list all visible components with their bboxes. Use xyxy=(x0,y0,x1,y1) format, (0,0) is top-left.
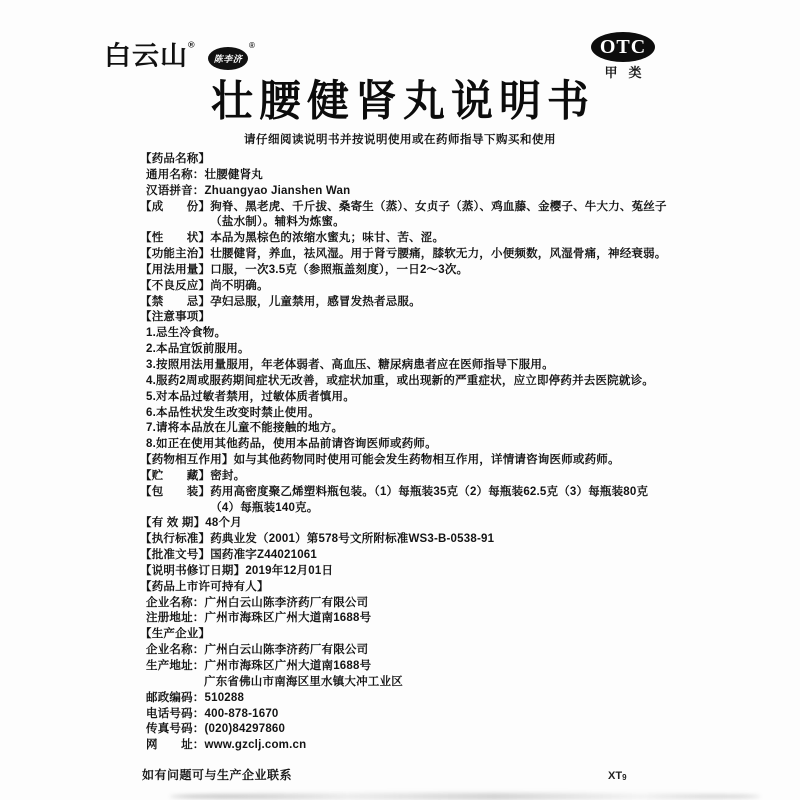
registered-trademark-icon: ® xyxy=(249,41,255,50)
section-label: 【执行标准】 xyxy=(140,532,210,548)
leaflet-line: 【有 效 期】48个月 xyxy=(140,516,672,532)
scan-artifact xyxy=(170,793,760,800)
section-label: 【说明书修订日期】 xyxy=(140,564,245,580)
leaflet-line: 【包 装】药用高密度聚乙烯塑料瓶包装。（1）每瓶装35克（2）每瓶装62.5克（… xyxy=(140,485,672,517)
section-text: 如与其他药物同时使用可能会发生药物相互作用，详情请咨询医师或药师。 xyxy=(234,453,672,469)
leaflet-line: 8.如正在使用其他药品，使用本品前请咨询医师或药师。 xyxy=(140,437,672,453)
section-text: 药典业发（2001）第578号文所附标准WS3-B-0538-91 xyxy=(210,532,672,548)
leaflet-line: 【药物相互作用】如与其他药物同时使用可能会发生药物相互作用，详情请咨询医师或药师… xyxy=(140,453,672,469)
otc-badge-text: OTC xyxy=(600,36,646,59)
section-label: 【不良反应】 xyxy=(140,279,210,295)
section-label: 【药品上市许可持有人】 xyxy=(140,580,269,596)
section-label: 【注意事项】 xyxy=(140,310,210,326)
registered-trademark-icon: ® xyxy=(188,40,196,50)
section-label: 【禁 忌】 xyxy=(140,295,210,311)
section-text: 本品为黑棕色的浓缩水蜜丸；味甘、苦、涩。 xyxy=(210,231,672,247)
page-title: 壮腰健肾丸说明书 xyxy=(0,67,800,128)
leaflet-line: 广东省佛山市南海区里水镇大冲工业区 xyxy=(140,675,672,691)
leaflet-line: 汉语拼音：Zhuangyao Jianshen Wan xyxy=(140,184,672,200)
leaflet-line: 4.服药2周或服药期间症状无改善，或症状加重，或出现新的严重症状，应立即停药并去… xyxy=(140,374,672,390)
leaflet-line: 生产地址：广州市海珠区广州大道南1688号 xyxy=(140,659,672,675)
section-text: 狗脊、黑老虎、千斤拔、桑寄生（蒸）、女贞子（蒸）、鸡血藤、金樱子、牛大力、菟丝子… xyxy=(210,200,672,232)
leaflet-line: 【药品名称】 xyxy=(140,152,672,168)
leaflet-line: 6.本品性状发生改变时禁止使用。 xyxy=(140,406,672,422)
footer-contact-note: 如有问题可与生产企业联系 xyxy=(142,766,292,783)
leaflet-line: 【药品上市许可持有人】 xyxy=(140,580,672,596)
leaflet-line: 【生产企业】 xyxy=(140,627,672,643)
section-label: 【生产企业】 xyxy=(140,627,210,643)
leaflet-line: 企业名称：广州白云山陈李济药厂有限公司 xyxy=(140,643,672,659)
leaflet-line: 5.对本品过敏者禁用，过敏体质者慎用。 xyxy=(140,390,672,406)
section-label: 【药物相互作用】 xyxy=(140,453,234,469)
footer-code-digit: 9 xyxy=(622,773,626,782)
section-text: 2019年12月01日 xyxy=(245,564,672,580)
leaflet-line: 【不良反应】尚不明确。 xyxy=(140,279,672,295)
section-text: 孕妇忌服，儿童禁用，感冒发热者忌服。 xyxy=(210,295,672,311)
section-label: 【性 状】 xyxy=(140,231,210,247)
section-label: 【功能主治】 xyxy=(140,247,210,263)
section-text: 国药准字Z44021061 xyxy=(210,548,672,564)
section-label: 【药品名称】 xyxy=(140,152,210,168)
leaflet-body: 【药品名称】通用名称：壮腰健肾丸汉语拼音：Zhuangyao Jianshen … xyxy=(140,152,672,754)
leaflet-line: 【说明书修订日期】2019年12月01日 xyxy=(140,564,672,580)
section-label: 【有 效 期】 xyxy=(140,516,205,532)
section-text: 48个月 xyxy=(205,516,672,532)
leaflet-line: 【执行标准】药典业发（2001）第578号文所附标准WS3-B-0538-91 xyxy=(140,532,672,548)
baiyunshan-logo-text: 白云山 xyxy=(104,42,188,71)
leaflet-line: 传真号码：(020)84297860 xyxy=(140,722,672,738)
leaflet-line: 1.忌生冷食物。 xyxy=(140,326,672,342)
section-text: 壮腰健肾，养血，祛风湿。用于肾亏腰痛，膝软无力，小便频数，风湿骨痛，神经衰弱。 xyxy=(210,247,672,263)
page-subtitle: 请仔细阅读说明书并按说明使用或在药师指导下购买和使用 xyxy=(0,131,800,147)
section-label: 【包 装】 xyxy=(140,485,210,501)
footer-code-prefix: XT xyxy=(608,770,622,782)
footer-code: XT9 xyxy=(608,770,627,782)
section-text: 药用高密度聚乙烯塑料瓶包装。（1）每瓶装35克（2）每瓶装62.5克（3）每瓶装… xyxy=(210,485,672,517)
leaflet-line: 【用法用量】口服，一次3.5克（参照瓶盖刻度），一日2～3次。 xyxy=(140,263,672,279)
section-text: 口服，一次3.5克（参照瓶盖刻度），一日2～3次。 xyxy=(210,263,672,279)
leaflet-line: 邮政编码：510288 xyxy=(140,691,672,707)
leaflet-page: 白云山® 陈李济 ® OTC 甲类 壮腰健肾丸说明书 请仔细阅读说明书并按说明使… xyxy=(0,0,800,800)
leaflet-line: 【批准文号】国药准字Z44021061 xyxy=(140,548,672,564)
leaflet-line: 3.按照用法用量服用，年老体弱者、高血压、糖尿病患者应在医师指导下服用。 xyxy=(140,358,672,374)
section-text: 密封。 xyxy=(210,469,672,485)
section-text: 尚不明确。 xyxy=(210,279,672,295)
leaflet-line: 企业名称：广州白云山陈李济药厂有限公司 xyxy=(140,596,672,612)
section-label: 【贮 藏】 xyxy=(140,469,210,485)
chenliji-badge-text: 陈李济 xyxy=(214,52,243,65)
leaflet-line: 【注意事项】 xyxy=(140,310,672,326)
leaflet-line: 2.本品宜饭前服用。 xyxy=(140,342,672,358)
otc-badge: OTC xyxy=(591,32,655,62)
leaflet-line: 7.请将本品放在儿童不能接触的地方。 xyxy=(140,421,672,437)
section-label: 【批准文号】 xyxy=(140,548,210,564)
leaflet-line: 【贮 藏】密封。 xyxy=(140,469,672,485)
leaflet-line: 注册地址：广州市海珠区广州大道南1688号 xyxy=(140,611,672,627)
leaflet-line: 网 址：www.gzclj.com.cn xyxy=(140,738,672,754)
leaflet-line: 【禁 忌】孕妇忌服，儿童禁用，感冒发热者忌服。 xyxy=(140,295,672,311)
leaflet-line: 通用名称：壮腰健肾丸 xyxy=(140,168,672,184)
leaflet-line: 【成 份】狗脊、黑老虎、千斤拔、桑寄生（蒸）、女贞子（蒸）、鸡血藤、金樱子、牛大… xyxy=(140,200,672,232)
section-label: 【用法用量】 xyxy=(140,263,210,279)
leaflet-line: 【功能主治】壮腰健肾，养血，祛风湿。用于肾亏腰痛，膝软无力，小便频数，风湿骨痛，… xyxy=(140,247,672,263)
section-label: 【成 份】 xyxy=(140,200,210,216)
leaflet-line: 【性 状】本品为黑棕色的浓缩水蜜丸；味甘、苦、涩。 xyxy=(140,231,672,247)
leaflet-line: 电话号码：400-878-1670 xyxy=(140,707,672,723)
